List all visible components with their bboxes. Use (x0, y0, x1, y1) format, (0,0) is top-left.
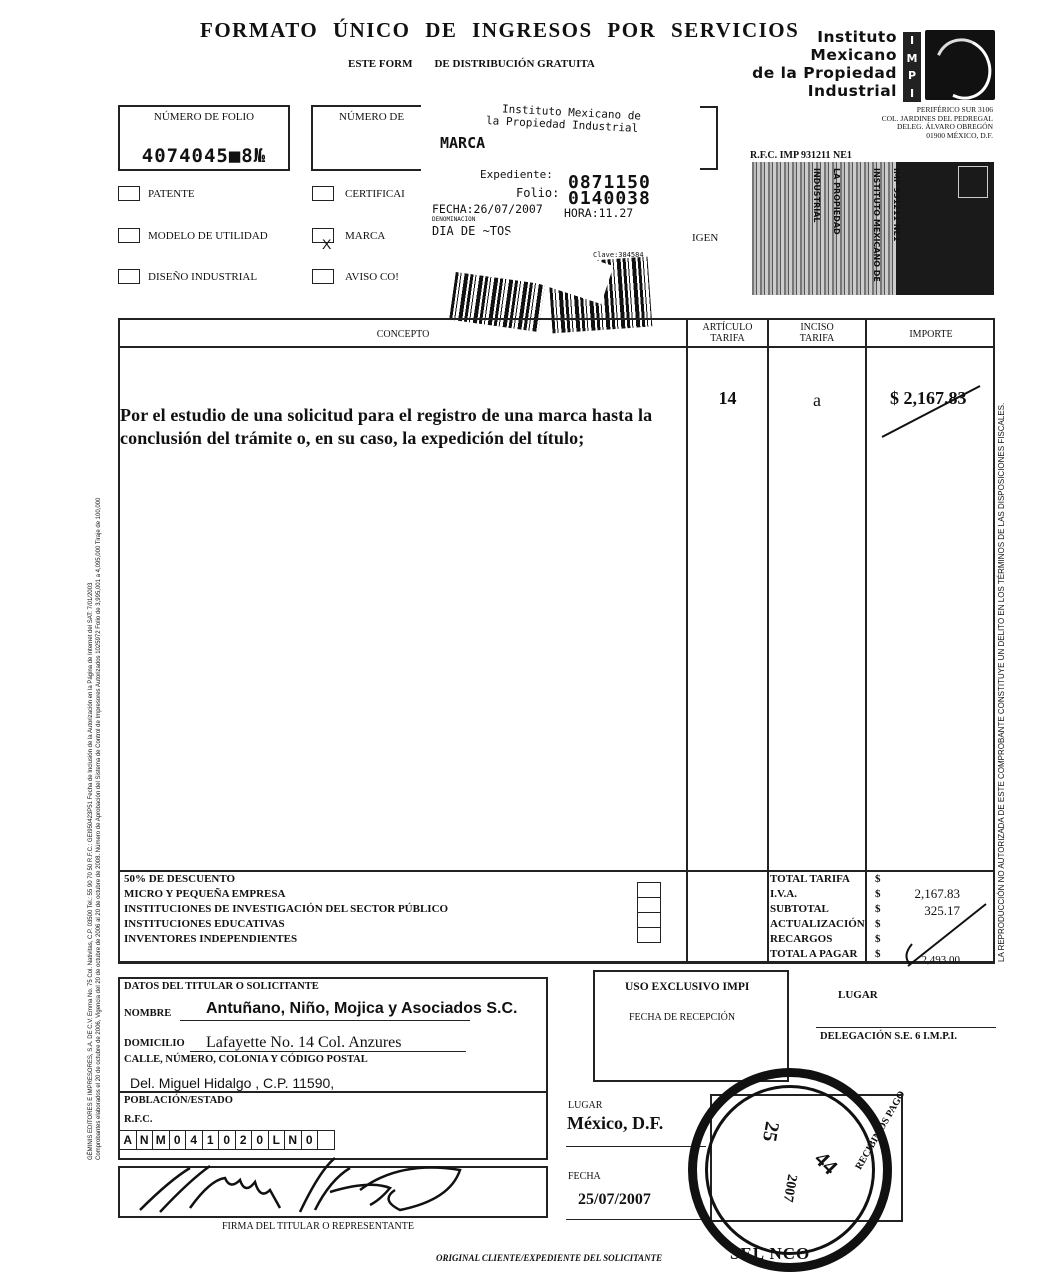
bank-stamp-inner (705, 1085, 875, 1255)
total-label: I.V.A. (770, 887, 865, 902)
rfc-char: 4 (185, 1130, 203, 1150)
logo-letter: P (908, 69, 916, 82)
folio-label: Folio: (516, 186, 559, 200)
pen-mark-icon (880, 382, 990, 442)
currency: $ (875, 902, 881, 917)
numero-box: NÚMERO DE (311, 105, 421, 171)
denominacion-label: DENOMINACION (432, 216, 475, 223)
rfc-cells: A N M 0 4 1 0 2 0 L N 0 (120, 1130, 335, 1150)
fecha-label: FECHA (568, 1171, 601, 1182)
impi-address: PERIFÉRICO SUR 3106 COL. JARDINES DEL PE… (882, 106, 993, 140)
rfc-char: 2 (235, 1130, 253, 1150)
sticker-fecha: FECHA:26/07/2007 (432, 202, 543, 216)
totals-labels: TOTAL TARIFA I.V.A. SUBTOTAL ACTUALIZACI… (770, 872, 865, 962)
institution-line: Industrial (752, 82, 897, 100)
receipt-sticker: Instituto Mexicano de la Propiedad Indus… (430, 98, 690, 338)
checkbox-aviso[interactable] (312, 269, 334, 284)
header-importe: IMPORTE (867, 329, 995, 340)
lugar-label-impi: LUGAR (838, 989, 878, 1001)
discount-checkbox[interactable] (637, 927, 661, 943)
nombre-value: Antuñano, Niño, Mojica y Asociados S.C. (206, 1000, 517, 1018)
logo-letter: I (910, 34, 914, 47)
institution-line: Mexicano (752, 46, 897, 64)
numero-label: NÚMERO DE (339, 111, 404, 123)
total-label: ACTUALIZACIÓN (770, 917, 865, 932)
total-label: TOTAL A PAGAR (770, 947, 865, 962)
legal-notice-right: LA REPRODUCCIÓN NO AUTORIZADA DE ESTE CO… (997, 403, 1006, 962)
form-title: FORMATO ÚNICO DE INGRESOS POR SERVICIOS (200, 18, 799, 43)
rfc-char: 0 (251, 1130, 269, 1150)
domicilio-hint: CALLE, NÚMERO, COLONIA Y CÓDIGO POSTAL (124, 1054, 368, 1065)
delegacion-label: DELEGACIÓN S.E. 6 I.M.P.I. (820, 1031, 957, 1042)
grid-icon (958, 166, 988, 198)
uso-exclusivo-title: USO EXCLUSIVO IMPI (625, 981, 749, 993)
checkbox-label: AVISO CO! (345, 271, 399, 283)
total-label: TOTAL TARIFA (770, 872, 865, 887)
totals-currency: $ $ $ $ $ $ (875, 872, 881, 962)
currency: $ (875, 932, 881, 947)
printer-info-left: GÉMINIS EDITORES E IMPRESORES, S.A. DE C… (88, 498, 103, 1160)
rfc-char: M (152, 1130, 170, 1150)
check-mark-x: X (322, 236, 331, 252)
lugar-label: LUGAR (568, 1100, 602, 1111)
total-label: RECARGOS (770, 932, 865, 947)
discount-item: 50% DE DESCUENTO (124, 872, 448, 887)
discount-checkbox[interactable] (637, 912, 661, 928)
institution-line: de la Propiedad (752, 64, 897, 82)
currency: $ (875, 947, 881, 962)
checkbox-patente[interactable] (118, 186, 140, 201)
logo-letter: I (910, 87, 914, 100)
articulo-value: 14 (688, 388, 767, 409)
numero-box-bracket (700, 106, 718, 170)
currency: $ (875, 917, 881, 932)
concept-description: Por el estudio de una solicitud para el … (120, 404, 690, 450)
folio-label: NÚMERO DE FOLIO (120, 111, 288, 123)
rfc-char: 0 (301, 1130, 319, 1150)
lugar-value: México, D.F. (567, 1113, 663, 1134)
rfc-char (317, 1130, 335, 1150)
rfc-char: N (136, 1130, 154, 1150)
institution-line: Instituto (752, 28, 897, 46)
stamp-text: INSTITUTO MEXICANO DE (872, 168, 881, 282)
copy-label: ORIGINAL CLIENTE/EXPEDIENTE DEL SOLICITA… (436, 1253, 662, 1263)
rfc-char: 0 (169, 1130, 187, 1150)
printer-line: GÉMINIS EDITORES E IMPRESORES, S.A. DE C… (88, 498, 96, 1160)
checkbox-label: DISEÑO INDUSTRIAL (148, 271, 257, 283)
stamp-day: 25 (757, 1120, 783, 1144)
logo-letter: M (907, 52, 918, 65)
stamp-text: INDUSTRIAL (812, 168, 821, 222)
folio-number: 4074045■8№ (120, 145, 288, 167)
fecha-value: 25/07/2007 (578, 1191, 651, 1209)
header-line: INCISO (769, 322, 865, 333)
checkbox-label: IGEN (692, 232, 718, 244)
impi-logo-icon (925, 30, 995, 100)
denominacion: DIA DE ~TOS (432, 224, 511, 238)
discount-list: 50% DE DESCUENTO MICRO Y PEQUEÑA EMPRESA… (124, 872, 448, 947)
header-line: TARIFA (688, 333, 767, 344)
pen-mark-icon (900, 900, 990, 970)
folio-box: NÚMERO DE FOLIO 4074045■8№ (118, 105, 290, 171)
discount-checkbox[interactable] (637, 897, 661, 913)
total-label: SUBTOTAL (770, 902, 865, 917)
sticker-hora: HORA:11.27 (564, 206, 633, 220)
form-subtitle: ESTE FORM DE DISTRIBUCIÓN GRATUITA (348, 58, 595, 70)
checkbox-label: PATENTE (148, 188, 195, 200)
poblacion-label: POBLACIÓN/ESTADO (124, 1095, 233, 1106)
expediente-label: Expediente: (480, 168, 553, 181)
signature-icon (130, 1150, 470, 1220)
discount-item: INVENTORES INDEPENDIENTES (124, 932, 448, 947)
impi-letters-logo: I M P I (903, 32, 921, 102)
checkbox-certificado[interactable] (312, 186, 334, 201)
stamp-text: LA PROPIEDAD (832, 168, 841, 235)
header-concepto: CONCEPTO (120, 329, 686, 340)
inciso-value: a (769, 390, 865, 411)
discount-item: INSTITUCIONES DE INVESTIGACIÓN DEL SECTO… (124, 902, 448, 917)
nombre-label: NOMBRE (124, 1008, 171, 1019)
discount-item: MICRO Y PEQUEÑA EMPRESA (124, 887, 448, 902)
domicilio-value: Lafayette No. 14 Col. Anzures (206, 1034, 402, 1052)
discount-checkbox[interactable] (637, 882, 661, 898)
currency: $ (875, 872, 881, 887)
uso-exclusivo-box: USO EXCLUSIVO IMPI FECHA DE RECEPCIÓN (593, 970, 789, 1082)
rfc-label: R.F.C. (124, 1114, 153, 1125)
stamp-text: IMP 931211 NE1 (892, 168, 901, 242)
rfc-char: A (119, 1130, 137, 1150)
header-line: ARTÍCULO (688, 322, 767, 333)
rfc-char: L (268, 1130, 286, 1150)
sticker-type: MARCA (440, 134, 485, 152)
rfc-char: N (284, 1130, 302, 1150)
firma-label: FIRMA DEL TITULAR O REPRESENTANTE (222, 1221, 414, 1232)
discount-item: INSTITUCIONES EDUCATIVAS (124, 917, 448, 932)
currency: $ (875, 887, 881, 902)
rfc-char: 1 (202, 1130, 220, 1150)
checkbox-diseno-industrial[interactable] (118, 269, 140, 284)
rfc-char: 0 (218, 1130, 236, 1150)
sello-banco-label: SEL NCO (730, 1244, 810, 1264)
checkbox-modelo-utilidad[interactable] (118, 228, 140, 243)
institution-name: Instituto Mexicano de la Propiedad Indus… (752, 28, 897, 100)
address-line: 01900 MÉXICO, D.F. (882, 132, 993, 141)
checkbox-label: MARCA (345, 230, 385, 242)
titular-section-title: DATOS DEL TITULAR O SOLICITANTE (124, 981, 319, 992)
fecha-recepcion-label: FECHA DE RECEPCIÓN (629, 1012, 735, 1023)
checkbox-label: MODELO DE UTILIDAD (148, 230, 268, 242)
header-inciso: INCISO TARIFA (769, 322, 865, 344)
security-stamp-image: INSTITUTO MEXICANO DE LA PROPIEDAD INDUS… (752, 162, 994, 295)
printer-line: Comprobantes elaborados el 20 de octubre… (96, 498, 104, 1160)
checkbox-label: CERTIFICAI (345, 188, 405, 200)
domicilio-label: DOMICILIO (124, 1038, 185, 1049)
header-articulo: ARTÍCULO TARIFA (688, 322, 767, 344)
impi-rfc: R.F.C. IMP 931211 NE1 (750, 150, 852, 161)
header-line: TARIFA (769, 333, 865, 344)
poblacion-value: Del. Miguel Hidalgo , C.P. 11590, (130, 1075, 334, 1091)
